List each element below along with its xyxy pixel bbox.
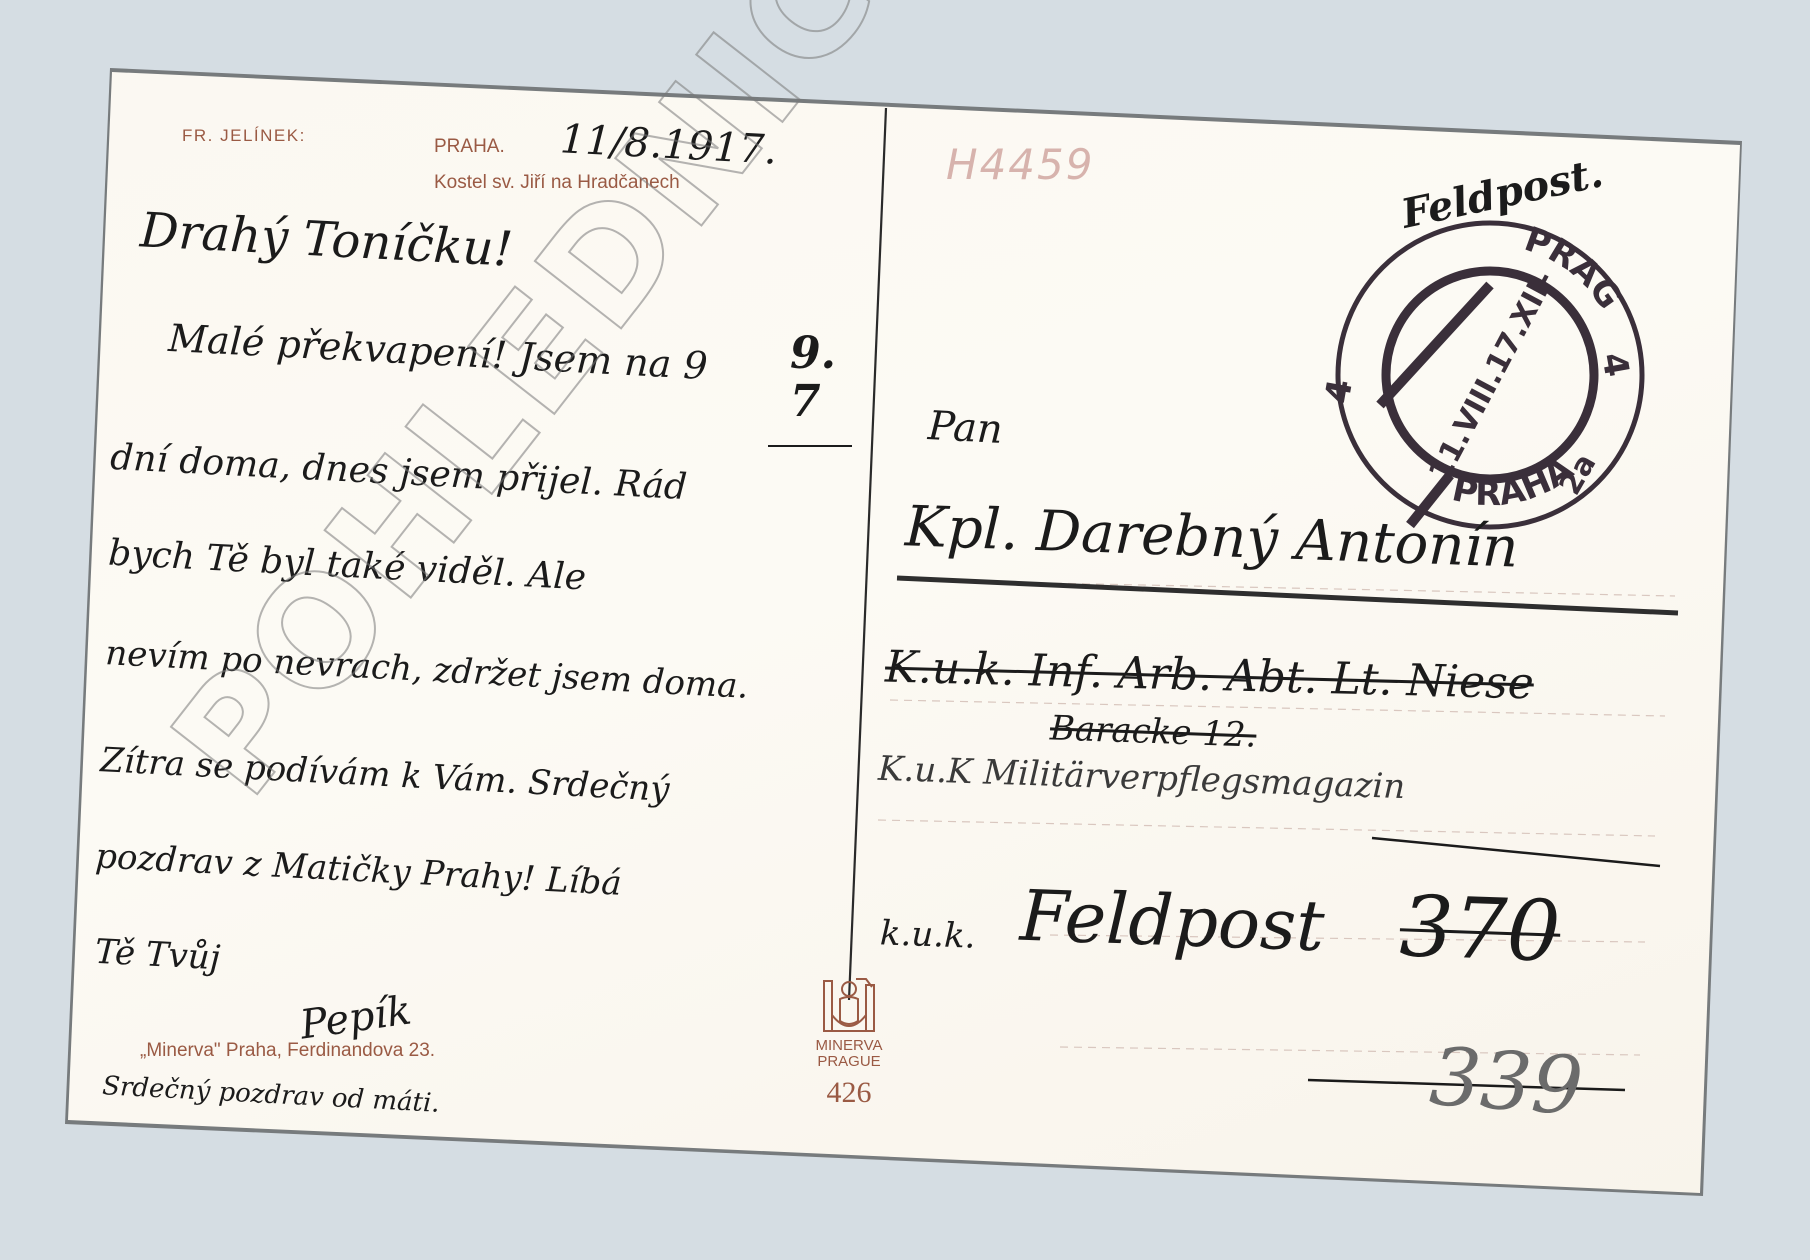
margin-note: 9. 7 bbox=[790, 330, 830, 427]
postmark-number-left: 4 bbox=[1320, 376, 1361, 406]
card-number: 426 bbox=[812, 1076, 886, 1110]
printer-line: „Minerva" Praha, Ferdinandova 23. bbox=[140, 1040, 435, 1062]
minerva-logo-icon bbox=[818, 975, 880, 1037]
postmark-date: 11.VIII.17.XII- bbox=[1422, 265, 1562, 487]
logo-city: PRAGUE bbox=[812, 1054, 886, 1069]
feldpost-number-new: 339 bbox=[1427, 1030, 1586, 1133]
message-line-8: Tě Tvůj bbox=[94, 932, 221, 979]
feldpost-prefix: k.u.k. bbox=[879, 913, 976, 956]
feldpost-label: Feldpost bbox=[1019, 875, 1326, 968]
feldpost-number-struck: 370 bbox=[1398, 877, 1562, 981]
city-label: PRAHA. bbox=[434, 136, 505, 158]
logo-name: MINERVA bbox=[812, 1038, 886, 1053]
postmark-number: 4 bbox=[1593, 350, 1637, 380]
postmark-stamp-icon: PRAG PRAHA 11.VIII.17.XII- 2a 4 4 bbox=[1320, 205, 1660, 545]
publisher-label: FR. JELÍNEK: bbox=[182, 126, 306, 146]
address-salutation: Pan bbox=[927, 403, 1004, 453]
address-barracks-struck: Baracke 12. bbox=[1049, 708, 1257, 755]
pencil-note: H4459 bbox=[946, 140, 1094, 189]
